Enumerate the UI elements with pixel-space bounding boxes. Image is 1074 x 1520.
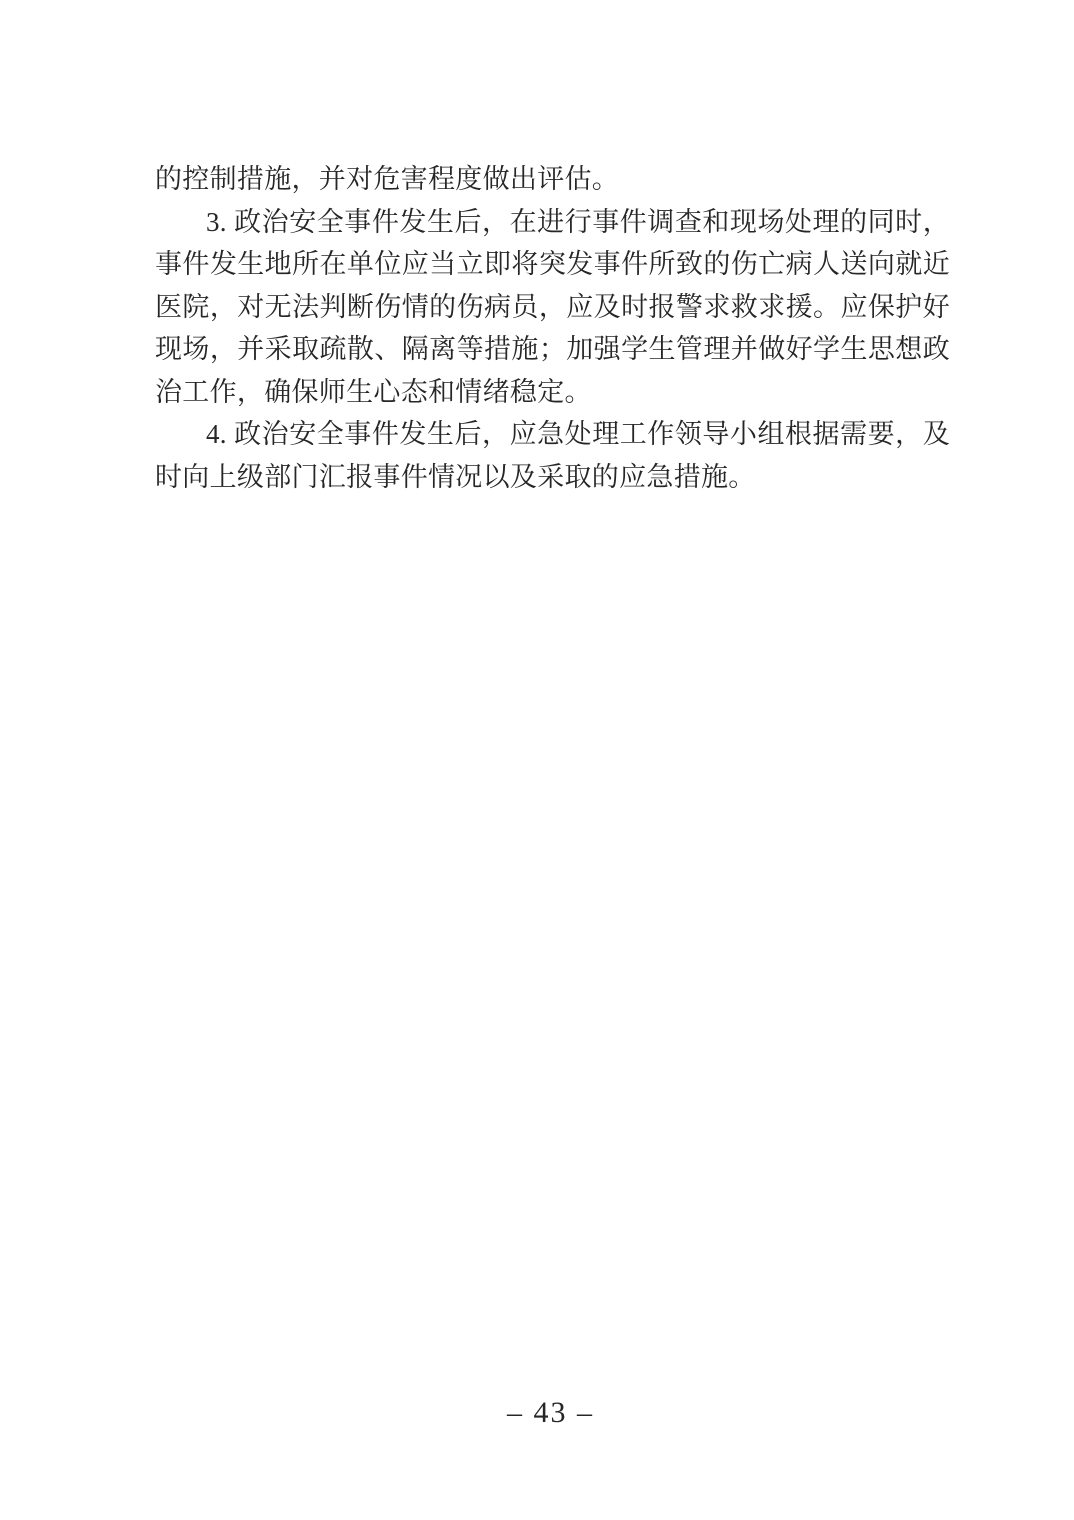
page-number: – 43 – bbox=[507, 1396, 594, 1429]
page-footer: – 43 – bbox=[0, 1396, 1074, 1430]
paragraph-item-4: 4. 政治安全事件发生后，应急处理工作领导小组根据需要，及时向上级部门汇报事件情… bbox=[155, 413, 950, 498]
document-page: 的控制措施，并对危害程度做出评估。 3. 政治安全事件发生后，在进行事件调查和现… bbox=[0, 0, 1074, 1520]
paragraph-continuation: 的控制措施，并对危害程度做出评估。 bbox=[155, 158, 950, 201]
paragraph-item-3: 3. 政治安全事件发生后，在进行事件调查和现场处理的同时，事件发生地所在单位应当… bbox=[155, 201, 950, 414]
document-body: 的控制措施，并对危害程度做出评估。 3. 政治安全事件发生后，在进行事件调查和现… bbox=[155, 158, 950, 498]
